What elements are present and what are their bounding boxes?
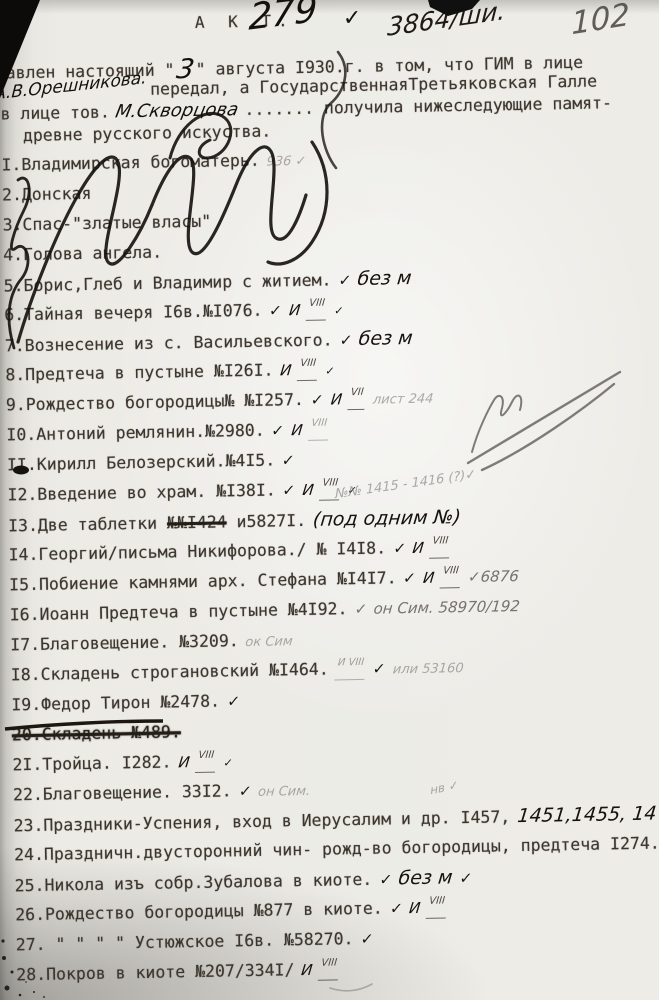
item-text: 27. " " " " Устюжское I6в. №58270. <box>16 929 354 954</box>
ink-annotation: ✓ <box>225 686 241 716</box>
items-list: I.Владимирская богоматерь.936 ✓2.Донская… <box>1 138 659 990</box>
ink-annotation: VIII <box>440 556 462 588</box>
ink-annotation: ✓ <box>359 924 375 954</box>
ink-annotation: И VIII <box>334 648 367 681</box>
ink-annotation: VIII <box>297 349 319 381</box>
document-content: А К Т. 279 ✓ 3864/ши. 102 ставлен настоя… <box>0 0 659 1000</box>
item-text: I0.Антоний ремлянин.№2980. <box>6 421 265 445</box>
pencil-annotation: ✓ <box>353 594 368 624</box>
ink-annotation: И <box>411 533 425 563</box>
ink-annotation: ✓ <box>268 295 284 325</box>
ink-annotation: VIII <box>429 526 451 558</box>
handwritten-name-skvortsov: М.Скворцова <box>114 99 241 123</box>
ink-annotation: VII <box>347 378 367 410</box>
item-text: 23.Праздники-Успения, вход в Иерусалим и… <box>13 807 510 835</box>
pencil-annotation: 936 ✓ <box>265 147 307 178</box>
item-text: I8.Складень строгановский №I464. <box>11 660 329 685</box>
ink-annotation: VIII <box>306 288 328 320</box>
item-text: 28.Покров в киоте №207/334I/ <box>16 960 294 984</box>
ink-annotation: ✓ <box>270 415 286 445</box>
item-text: 24.Праздничн.двусторонний чин- рожд-во б… <box>14 834 659 865</box>
item-text: 2I.Тройца. I282. <box>12 752 171 774</box>
pencil-annotation: ✓6876 <box>467 561 520 592</box>
ink-annotation: И <box>329 384 343 414</box>
act-check-mark: ✓ <box>343 6 362 31</box>
ink-annotation: И <box>279 355 293 385</box>
ink-annotation: без м <box>356 263 413 294</box>
ink-annotation: ✓ <box>337 265 353 295</box>
item-text: I6.Иоанн Предтеча в пустыне №4I92. <box>10 599 348 624</box>
item-text: 6.Тайная вечеря I6в.№I076. <box>4 301 263 325</box>
item-text: 5.Борис,Глеб и Владимир с житием. <box>4 270 332 295</box>
pencil-annotation: он Сим. <box>257 777 312 808</box>
pencil-annotation: или 53160 <box>391 654 464 685</box>
page-number-pencil: 102 <box>571 0 630 42</box>
item-text: 25.Никола изъ собр.Зубалова в киоте. <box>15 870 373 896</box>
ink-annotation: И <box>408 893 422 923</box>
item-text: I.Владимирская богоматерь. <box>1 151 260 175</box>
item-text: 22.Благовещение. 33I2. <box>13 781 232 804</box>
pencil-annotation: ок Сим <box>244 627 294 658</box>
ink-annotation: без м <box>358 323 415 354</box>
pencil-annotation: он Сим. 58970/192 <box>373 591 522 624</box>
ink-annotation: ✓ <box>371 653 387 683</box>
ink-annotation: VIII <box>426 886 448 918</box>
item-text: I2.Введение во храм. №I38I. <box>7 480 276 504</box>
ink-annotation: ✓ <box>324 356 336 386</box>
ink-annotation: ✓ <box>378 864 394 894</box>
ink-annotation: VIII <box>308 408 330 440</box>
ink-annotation: ✓ <box>281 475 297 505</box>
intro-paragraph: ставлен настоящий "3" августа I930.г. в … <box>0 46 659 147</box>
ink-annotation: И <box>177 747 191 777</box>
item-text-struck: №№I424 <box>167 512 227 532</box>
ink-annotation: ✓ <box>237 776 253 806</box>
ink-annotation: И <box>287 295 301 325</box>
item-text-struck: 20.Складень №489. <box>12 722 181 744</box>
ink-annotation: И <box>290 415 304 445</box>
ink-annotation: ✓ <box>332 296 344 326</box>
item-text: 7.Вознесение из с. Васильевского. <box>5 330 333 355</box>
item-text: 26.Рождество богородицы №877 в киоте. <box>15 899 383 925</box>
ink-annotation: ✓ <box>388 893 404 923</box>
ink-annotation: ✓ <box>338 325 354 355</box>
act-number-handwritten: 279 <box>248 0 318 39</box>
item-text: 3.Спас-"златые власы" <box>2 212 211 235</box>
item-text: I7.Благовещение. №3209. <box>10 631 239 654</box>
item-text: и5827I. <box>226 511 306 531</box>
ink-annotation: ✓ <box>402 563 418 593</box>
registration-note-handwritten: 3864/ши. <box>386 0 506 42</box>
ink-annotation: VIII <box>318 948 340 980</box>
ink-annotation: ✓ <box>281 445 297 475</box>
ink-annotation: И <box>300 955 314 985</box>
ink-annotation: 1451,1455, 14 <box>516 799 658 832</box>
ink-annotation: ✓ <box>222 748 234 778</box>
intro-line-3-lead: в лице тов. <box>0 102 110 123</box>
intro-line-4-text: древне русского искуства. <box>23 122 272 146</box>
ink-annotation: И <box>301 475 315 505</box>
item-text: I9.Федор Тирон №2478. <box>11 692 220 715</box>
ink-annotation: ✓ <box>458 863 474 893</box>
ink-annotation: VIII <box>195 741 217 773</box>
item-text: I5.Побиение камнями арх. Стефана №I4I7. <box>9 568 397 594</box>
item-text: 8.Предтеча в пустыне №I26I. <box>5 361 274 385</box>
pencil-annotation: лист 244 <box>371 385 434 416</box>
item-text: 2.Донская <box>2 184 92 205</box>
ink-annotation: ✓ <box>392 533 408 563</box>
item-text: 9.Рождество богородицы№ №I257. <box>6 390 304 414</box>
item-text: 4.Голова ангела. <box>3 243 162 265</box>
ink-annotation: И <box>422 563 436 593</box>
item-text: II.Кирилл Белозерский.№4I5. <box>7 450 276 474</box>
item-text: I3.Две таблетки <box>8 513 167 535</box>
item-text: I4.Георгий/письма Никифорова./ № I4I8. <box>8 538 386 564</box>
scanned-document-page: А К Т. 279 ✓ 3864/ши. 102 ставлен настоя… <box>0 0 659 1000</box>
